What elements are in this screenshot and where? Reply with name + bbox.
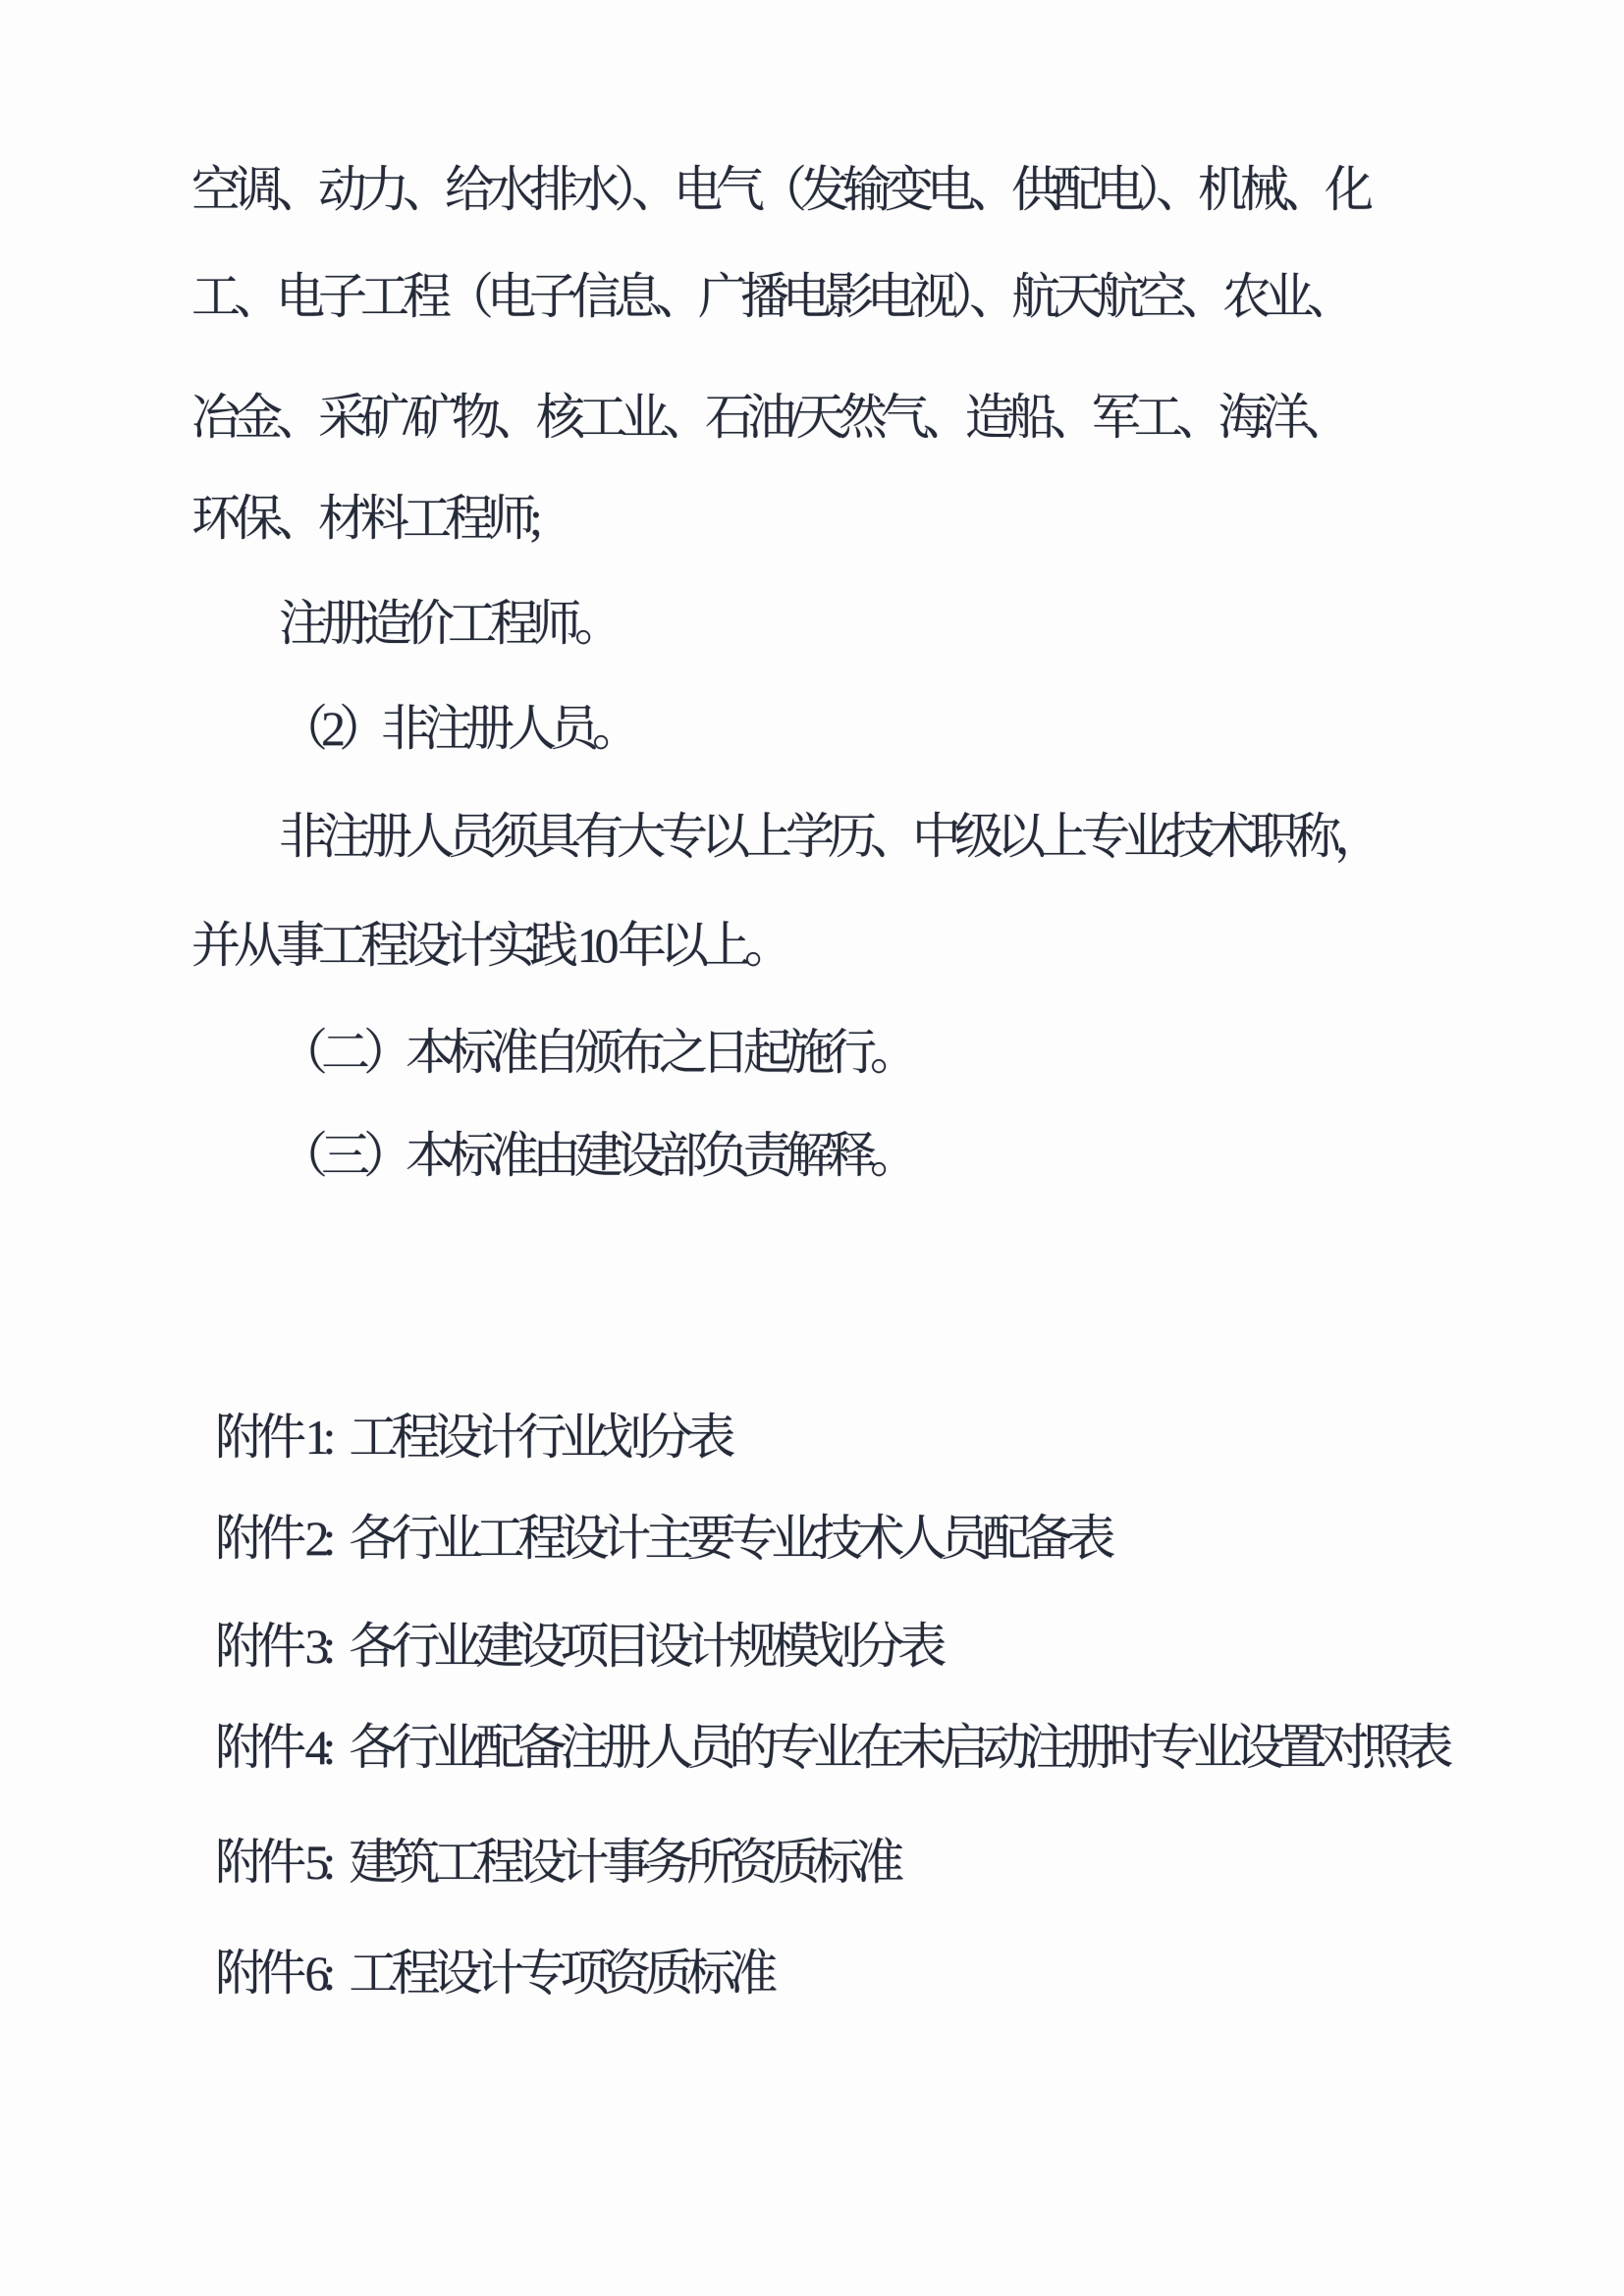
body-line: 注册造价工程师。 <box>279 593 617 654</box>
attachment-label: 附件 4: <box>215 1720 329 1775</box>
body-line: 非注册人员须具有大专以上学历、中级以上专业技术职称， <box>279 806 1377 867</box>
body-line: 环保、材料工程师; <box>191 488 536 549</box>
body-line: （2）非注册人员。 <box>279 698 634 759</box>
body-line: 冶金、采矿/矿物、核工业、石油/天然气、造船、军工、海洋、 <box>191 387 1345 448</box>
attachment-title: 各行业配备注册人员的专业在未启动注册时专业设置对照表 <box>349 1720 1446 1775</box>
body-line: （三）本标准由建设部负责解释。 <box>279 1125 912 1186</box>
body-line: 工、电子工程（电子信息、广播电影电视）、航天航空、农业、 <box>191 266 1349 327</box>
attachment-label: 附件 6: <box>215 1946 329 2001</box>
body-line: 空调、动力、给水排水）、电气（发输变电、供配电）、机械、化 <box>191 159 1367 220</box>
attachment-title: 工程设计专项资质标准 <box>349 1946 771 2001</box>
scanned-document-page: 空调、动力、给水排水）、电气（发输变电、供配电）、机械、化 工、电子工程（电子信… <box>0 0 1624 2296</box>
attachment-item: 附件 6:工程设计专项资质标准 <box>193 1882 771 2064</box>
body-line: 并从事工程设计实践 10 年以上。 <box>191 915 786 976</box>
body-line: （二）本标准自颁布之日起施行。 <box>279 1022 912 1083</box>
